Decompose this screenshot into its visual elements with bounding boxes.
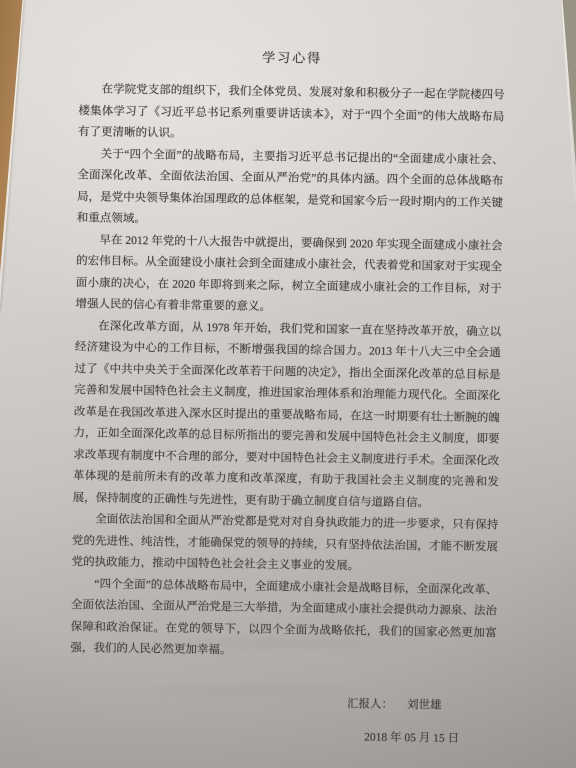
document-body: 学习心得 在学院党支部的组织下，我们全体党员、发展对象和积极分子一起在学院楼四号… xyxy=(0,0,576,751)
paragraph: 关于“四个全面”的战略布局，主要指习近平总书记提出的“全面建成小康社会、全面深化… xyxy=(77,144,504,236)
paper-sheet: 学习心得 在学院党支部的组织下，我们全体党员、发展对象和积极分子一起在学院楼四号… xyxy=(0,0,576,768)
signature-line: 汇报人：刘世雄 xyxy=(69,690,495,717)
document-title: 学习心得 xyxy=(79,45,505,71)
paragraph: 在学院党支部的组织下，我们全体党员、发展对象和积极分子一起在学院楼四号楼集体学习… xyxy=(78,79,505,150)
signature-name: 刘世雄 xyxy=(407,699,442,712)
paragraph: 全面依法治国和全面从严治党都是党对对自身执政能力的进一步要求，只有保持党的先进性… xyxy=(71,509,498,580)
paragraph: 早在 2012 年党的十八大报告中就提出，要确保到 2020 年实现全面建成小康… xyxy=(75,230,502,322)
paragraph: “四个全面”的总体战略布局中，全面建成小康社会是战略目标，全面深化改革、全面依法… xyxy=(70,574,497,666)
paragraph: 在深化改革方面，从 1978 年开始，我们党和国家一直在坚持改革开放，确立以经济… xyxy=(72,316,501,516)
date-line: 2018 年 05 月 15 日 xyxy=(69,723,495,750)
signature-label: 汇报人： xyxy=(347,698,393,711)
